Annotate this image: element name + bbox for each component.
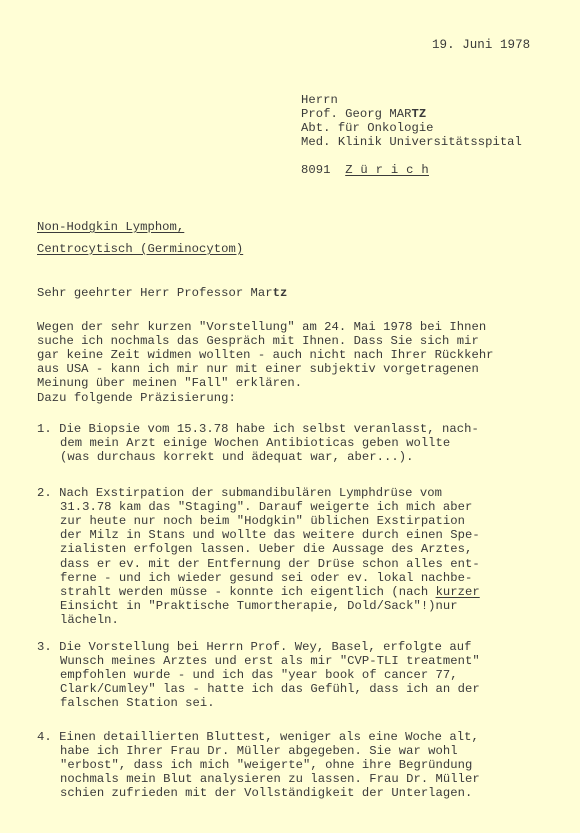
intro-line: Meinung über meinen "Fall" erklären. [37, 376, 302, 390]
list-item-line: dass er ev. mit der Entfernung der Drüse… [60, 557, 480, 571]
underlined-word: kurzer [436, 585, 480, 599]
recipient-name: Prof. Georg MARTZ [301, 107, 426, 121]
list-item-line: lächeln. [60, 613, 119, 627]
list-item-number: 3. [37, 640, 59, 654]
salutation-correction: tz [273, 286, 288, 300]
list-item-first-line: 4. Einen detaillierten Bluttest, weniger… [37, 730, 479, 744]
list-item-line: 31.3.78 kam das "Staging". Darauf weiger… [60, 500, 472, 514]
list-item-line: ferne - und ich wieder gesund sei oder e… [60, 571, 472, 585]
list-item-line: Einsicht in "Praktische Tumortherapie, D… [60, 599, 458, 613]
list-item-line: der Milz in Stans und wollte das weitere… [60, 528, 480, 542]
salutation-text: Sehr geehrter Herr Professor Mar [37, 286, 273, 300]
list-item-line: zur heute nur noch beim "Hodgkin" üblich… [60, 514, 465, 528]
intro-line: aus USA - kann ich mir nur mit einer sub… [37, 362, 479, 376]
list-item-number: 4. [37, 730, 59, 744]
list-item-line: dem mein Arzt einige Wochen Antibioticas… [60, 436, 450, 450]
recipient-city: Z ü r i c h [345, 163, 429, 177]
salutation: Sehr geehrter Herr Professor Martz [37, 286, 287, 300]
list-item-line: Wunsch meines Arztes und erst als mir "C… [60, 654, 480, 668]
list-item-line: falschen Station sei. [60, 696, 215, 710]
list-item-line: strahlt werden müsse - konnte ich eigent… [60, 585, 480, 599]
list-item-line: zialisten erfolgen lassen. Ueber die Aus… [60, 542, 472, 556]
recipient-name-text: Prof. Georg MAR [301, 107, 411, 121]
letter-page: 19. Juni 1978 Herrn Prof. Georg MARTZ Ab… [0, 0, 580, 833]
intro-line: gar keine Zeit widmen wollten - auch nic… [37, 348, 494, 362]
intro-line: Wegen der sehr kurzen "Vorstellung" am 2… [37, 320, 486, 334]
list-item-line: (was durchaus korrekt und ädequat war, a… [60, 450, 413, 464]
recipient-postcode: 8091 [301, 163, 330, 177]
list-item-number: 2. [37, 486, 59, 500]
list-item-line: habe ich Ihrer Frau Dr. Müller abgegeben… [60, 744, 458, 758]
subject-line-1: Non-Hodgkin Lymphom, [37, 220, 184, 234]
intro-line: suche ich nochmals das Gespräch mit Ihne… [37, 334, 479, 348]
recipient-department: Abt. für Onkologie [301, 121, 434, 135]
list-item-first-line: 2. Nach Exstirpation der submandibulären… [37, 486, 442, 500]
list-item-line: schien zufrieden mit der Vollständigkeit… [60, 786, 472, 800]
intro-line: Dazu folgende Präzisierung: [37, 391, 236, 405]
subject-line-2: Centrocytisch (Germinocytom) [37, 242, 243, 256]
list-item-first-line: 3. Die Vorstellung bei Herrn Prof. Wey, … [37, 640, 471, 654]
recipient-city-line: 8091 Z ü r i c h [301, 163, 429, 177]
letter-date: 19. Juni 1978 [432, 38, 530, 52]
list-item-line: "erbost", dass ich mich "weigerte", ohne… [60, 758, 472, 772]
list-item-first-line: 1. Die Biopsie vom 15.3.78 habe ich selb… [37, 422, 479, 436]
list-item-line: empfohlen wurde - und ich das "year book… [60, 668, 458, 682]
list-item-line: nochmals mein Blut analysieren zu lassen… [60, 772, 480, 786]
recipient-salutation-line: Herrn [301, 93, 338, 107]
list-item-number: 1. [37, 422, 59, 436]
recipient-name-correction: TZ [411, 107, 426, 121]
list-item-line: Clark/Cumley" las - hatte ich das Gefühl… [60, 682, 480, 696]
recipient-institution: Med. Klinik Universitätsspital [301, 135, 522, 149]
